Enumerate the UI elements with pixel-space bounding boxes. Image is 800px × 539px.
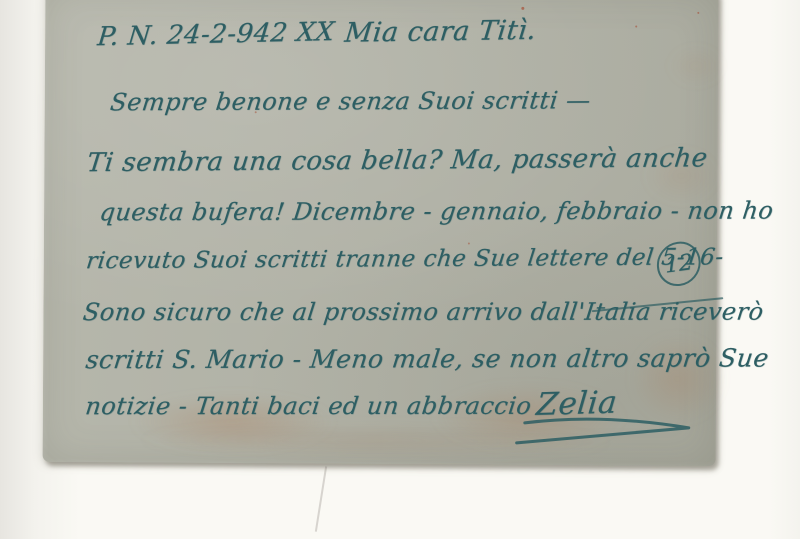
handwriting-line: Sono sicuro che al prossimo arrivo dall'… — [81, 298, 765, 327]
stain-top-right — [660, 40, 732, 92]
dateline: P. N. 24-2-942 XX — [96, 17, 336, 52]
speck — [697, 12, 699, 14]
handwriting-line: Ti sembra una cosa bella? Ma, passerà an… — [85, 143, 709, 178]
handwriting-line: ricevuto Suoi scritti tranne che Sue let… — [85, 244, 725, 274]
handwriting-line: scritti S. Mario - Meno male, se non alt… — [84, 343, 770, 374]
signature-flourish — [511, 411, 701, 448]
scratch-mark — [315, 466, 327, 531]
speck — [635, 26, 637, 28]
photo-backdrop: P. N. 24-2-942 XX Mia cara Titì. Sempre … — [0, 0, 800, 539]
postcard: P. N. 24-2-942 XX Mia cara Titì. Sempre … — [43, 0, 719, 466]
speck — [521, 7, 524, 10]
salutation: Mia cara Titì. — [343, 15, 538, 49]
handwriting-line: Sempre benone e senza Suoi scritti — — [109, 86, 593, 116]
handwriting-line: notizie - Tanti baci ed un abbraccio — [84, 392, 533, 420]
speck — [468, 243, 470, 245]
handwriting-line: questa bufera! Dicembre - gennaio, febbr… — [98, 197, 775, 227]
